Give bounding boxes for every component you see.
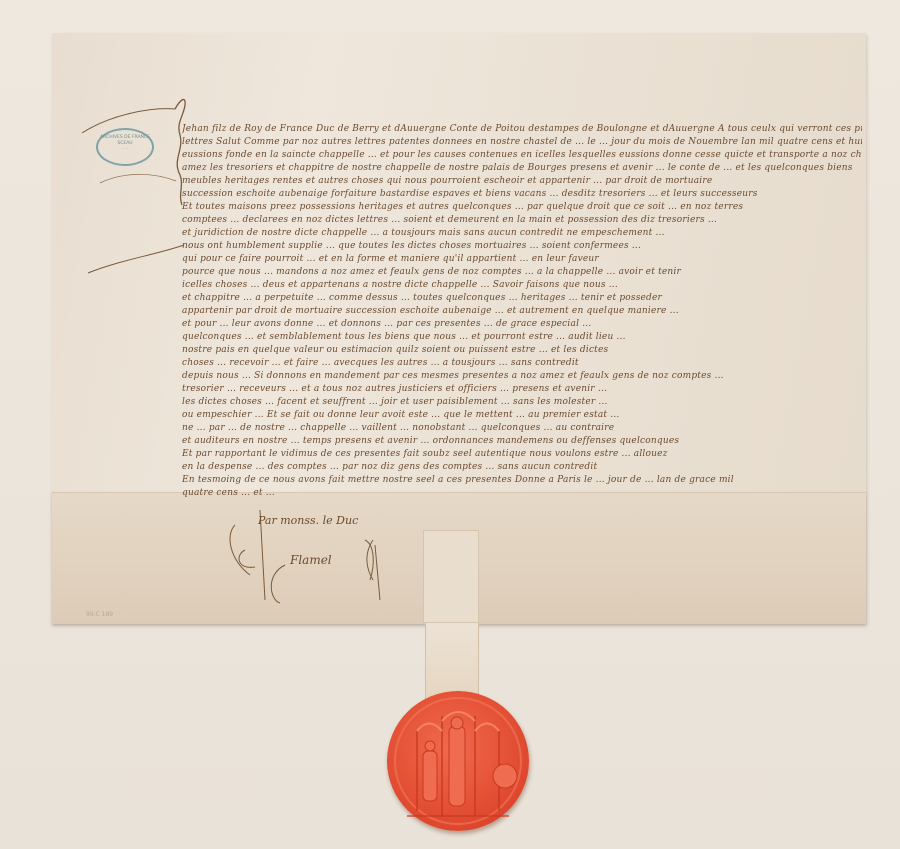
signature-name: Flamel [290,553,332,567]
text-line: ou empeschier ... Et se fait ou donne le… [182,409,862,422]
text-line: succession eschoite aubenaige forfaiture… [182,188,862,201]
text-line: eussions fonde en la saincte chappelle .… [182,149,862,162]
text-line: et juridiction de nostre dicte chappelle… [182,227,862,240]
text-line: icelles choses ... deus et appartenans a… [182,279,862,292]
charter-text: Jehan filz de Roy de France Duc de Berry… [182,123,862,500]
text-line: amez les tresoriers et chappitre de nost… [182,162,862,175]
red-wax-seal [387,691,529,831]
text-line: quelconques ... et semblablement tous le… [182,331,862,344]
seal-tag-upper [423,530,479,623]
text-line: En tesmoing de ce nous avons fait mettre… [182,474,832,487]
text-line: depuis nous ... Si donnons en mandement … [182,370,862,383]
text-line: nous ont humblement supplie ... que tout… [182,240,862,253]
text-line: pource que nous ... mandons a noz amez e… [182,266,862,279]
text-line: en la despense ... des comptes ... par n… [182,461,832,474]
text-line: tresorier ... receveurs ... et a tous no… [182,383,862,396]
text-line: ne ... par ... de nostre ... chappelle .… [182,422,862,435]
text-line: et chappitre ... a perpetuite ... comme … [182,292,862,305]
text-line: et pour ... leur avons donne ... et donn… [182,318,862,331]
text-line: les dictes choses ... facent et seuffren… [182,396,862,409]
text-line: meubles heritages rentes et autres chose… [182,175,862,188]
text-line: qui pour ce faire pourroit ... et en la … [182,253,862,266]
shelfmark-label: 99.C 189 [86,611,113,618]
signature-line-1: Par monss. le Duc [258,514,358,527]
text-line: quatre cens ... et ... [182,487,442,500]
text-line: et auditeurs en nostre ... temps presens… [182,435,862,448]
archives-stamp: ARCHIVES DE FRANCE SCEAU · · · [96,128,154,166]
text-line: Et toutes maisons preez possessions heri… [182,201,862,214]
text-line: Jehan filz de Roy de France Duc de Berry… [182,123,862,136]
text-line: comptees ... declarees en noz dictes let… [182,214,862,227]
text-line: choses ... recevoir ... et faire ... ave… [182,357,862,370]
text-line: Et par rapportant le vidimus de ces pres… [182,448,862,461]
text-line: nostre pais en quelque valeur ou estimac… [182,344,862,357]
seal-relief-icon [387,691,529,831]
text-line: appartenir par droit de mortuaire succes… [182,305,862,318]
stamp-line-3: · · · [98,147,152,153]
text-line: lettres Salut Comme par noz autres lettr… [182,136,862,149]
